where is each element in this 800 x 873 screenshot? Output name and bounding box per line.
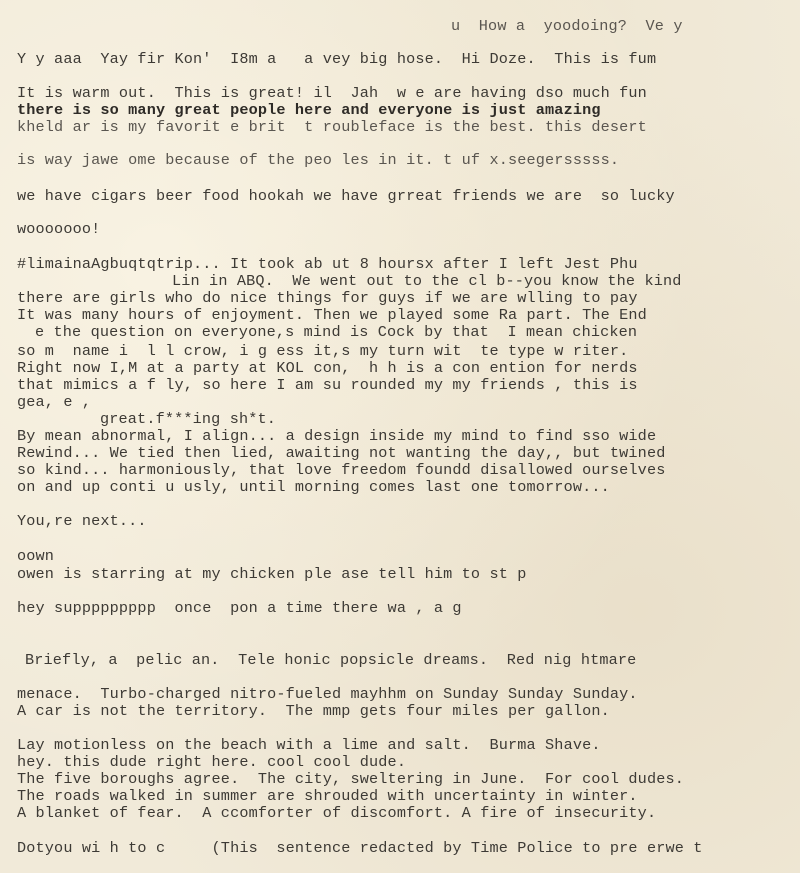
text-line-motionless: Lay motionless on the beach with a lime … — [17, 737, 601, 754]
text-line-abnormal: By mean abnormal, I align... a design in… — [17, 428, 656, 445]
text-line-woo: wooooooo! — [17, 221, 100, 238]
text-line-gea: gea, e , — [17, 394, 91, 411]
text-line-yay: Y y aaa Yay fir Kon' I8m a a vey big hos… — [17, 51, 656, 68]
text-line-trip: #limainaAgbuqtqtrip... It took ab ut 8 h… — [17, 256, 638, 273]
text-line-car-territory: A car is not the territory. The mmp gets… — [17, 703, 610, 720]
text-line-favorite: kheld ar is my favorit e brit t roublefa… — [17, 119, 647, 136]
text-line-owen: owen is starring at my chicken ple ase t… — [17, 566, 527, 583]
text-line-enjoyment: It was many hours of enjoyment. Then we … — [17, 307, 647, 324]
text-line-abq: Lin in ABQ. We went out to the cl b--you… — [172, 273, 682, 290]
text-line-harmoniously: so kind... harmoniously, that love freed… — [17, 462, 665, 479]
text-line-boroughs: The five boroughs agree. The city, swelt… — [17, 771, 684, 788]
text-line-mimics: that mimics a f ly, so here I am su roun… — [17, 377, 638, 394]
text-line-kol-con: Right now I,M at a party at KOL con, h h… — [17, 360, 638, 377]
text-line-greeting: u How a yoodoing? Ve y — [451, 18, 683, 35]
text-line-oown: oown — [17, 548, 54, 565]
text-line-tomorrow: on and up conti u usly, until morning co… — [17, 479, 610, 496]
text-line-warm-out: It is warm out. This is great! il Jah w … — [17, 85, 647, 102]
text-line-youre-next: You,re next... — [17, 513, 147, 530]
text-line-great-censored: great.f***ing sh*t. — [100, 411, 276, 428]
text-line-menace: menace. Turbo-charged nitro-fueled mayhh… — [17, 686, 638, 703]
text-line-girls: there are girls who do nice things for g… — [17, 290, 638, 307]
text-line-roads: The roads walked in summer are shrouded … — [17, 788, 638, 805]
text-line-hey-sup: hey suppppppppp once pon a time there wa… — [17, 600, 462, 617]
text-line-desert: is way jawe ome because of the peo les i… — [17, 152, 619, 169]
text-line-blanket: A blanket of fear. A ccomforter of disco… — [17, 805, 656, 822]
text-line-redacted: Dotyou wi h to c (This sentence redacted… — [17, 840, 703, 857]
text-line-briefly: Briefly, a pelic an. Tele honic popsicle… — [25, 652, 636, 669]
text-line-great-people: there is so many great people here and e… — [17, 102, 601, 119]
text-line-crow: so m name i l l crow, i g ess it,s my tu… — [17, 343, 628, 360]
typewritten-page: u How a yoodoing? Ve y Y y aaa Yay fir K… — [0, 0, 800, 873]
text-line-rewind: Rewind... We tied then lied, awaiting no… — [17, 445, 665, 462]
text-line-cigars: we have cigars beer food hookah we have … — [17, 188, 675, 205]
text-line-cool-dude: hey. this dude right here. cool cool dud… — [17, 754, 406, 771]
text-line-question: e the question on everyone,s mind is Coc… — [35, 324, 637, 341]
